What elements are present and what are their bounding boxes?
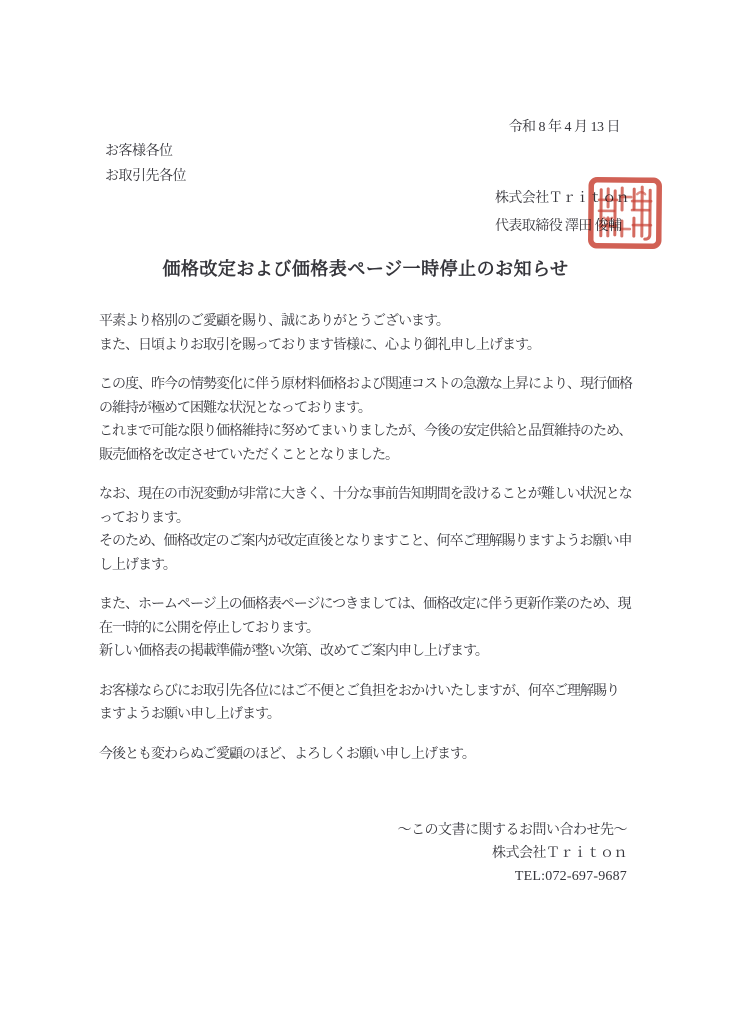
document-date: 令和 8 年 4 月 13 日	[509, 116, 621, 136]
paragraph-pricelist-page-suspension: また、ホームページ上の価格表ページにつきましては、価格改定に伴う更新作業のため、…	[99, 593, 647, 664]
paragraph-price-revision-reason: この度、昨今の情勢変化に伴う原材料価格および関連コストの急激な上昇により、現行価…	[99, 373, 647, 467]
contact-phone: TEL:072-697-9687	[398, 865, 628, 888]
recipient-block: お客様各位 お取引先各位	[105, 139, 186, 189]
paragraph-apology: お客様ならびにお取引先各位にはご不便とご負担をおかけいたしますが、何卒ご理解賜り…	[99, 680, 647, 727]
contact-footer: ～この文書に関するお問い合わせ先～ 株式会社Ｔｒｉｔｏｎ TEL:072-697…	[398, 819, 628, 888]
recipient-customers: お客様各位	[105, 139, 186, 164]
document-page: 令和 8 年 4 月 13 日 お客様各位 お取引先各位 株式会社Ｔｒｉｔｏｎ …	[0, 0, 731, 1024]
recipient-partners: お取引先各位	[105, 164, 186, 189]
letter-body: 平素より格別のご愛顧を賜り、誠にありがとうございます。 また、日頃よりお取引を賜…	[99, 310, 647, 782]
paragraph-closing: 今後とも変わらぬご愛顧のほど、よろしくお願い申し上げます。	[99, 743, 647, 767]
document-title: 価格改定および価格表ページ一時停止のお知らせ	[0, 255, 731, 281]
company-seal-stamp-icon	[588, 177, 663, 250]
paragraph-notice-timing: なお、現在の市況変動が非常に大きく、十分な事前告知期間を設けることが難しい状況と…	[99, 483, 647, 577]
paragraph-greeting: 平素より格別のご愛顧を賜り、誠にありがとうございます。 また、日頃よりお取引を賜…	[99, 310, 647, 357]
contact-heading: ～この文書に関するお問い合わせ先～	[398, 819, 628, 842]
contact-company: 株式会社Ｔｒｉｔｏｎ	[398, 842, 628, 865]
